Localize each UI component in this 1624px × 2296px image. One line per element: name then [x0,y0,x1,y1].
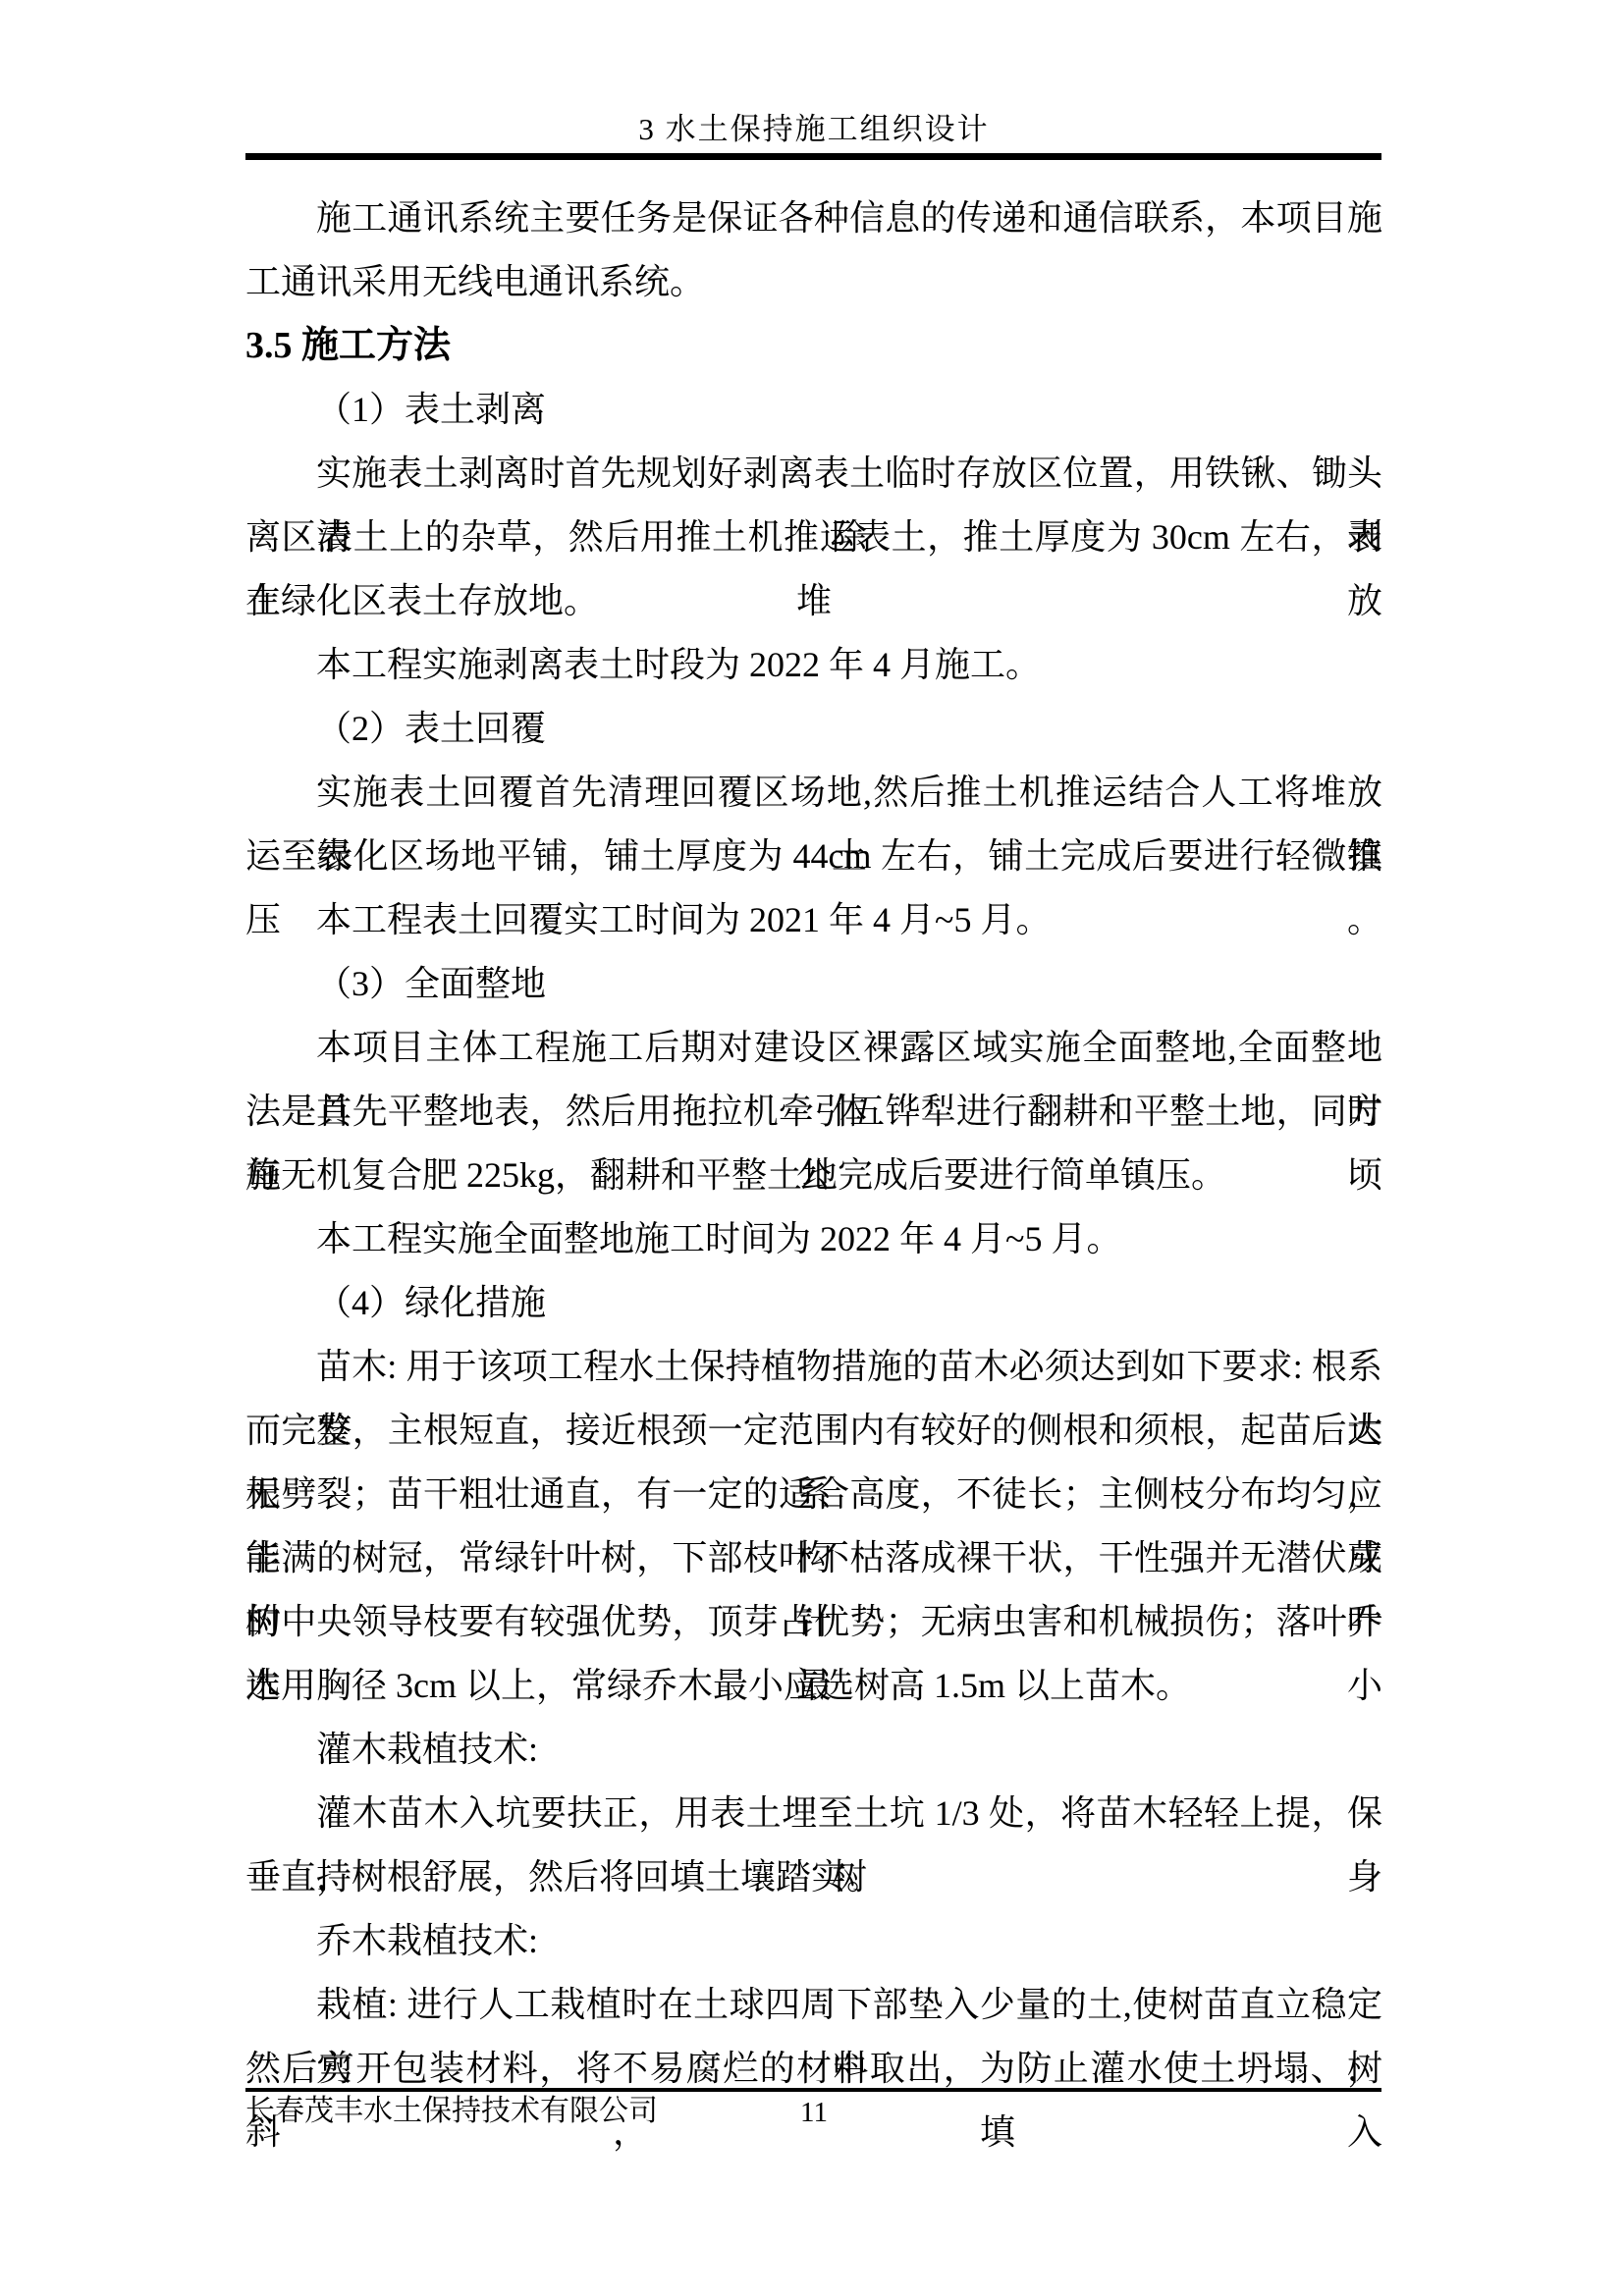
document-page: 3 水土保持施工组织设计 施工通讯系统主要任务是保证各种信息的传递和通信联系，本… [0,0,1624,2296]
body-line: 灌木苗木入坑要扶正，用表土埋至土坑 1/3 处，将苗木轻轻上提，保持树身 [245,1782,1382,1845]
document-body: 施工通讯系统主要任务是保证各种信息的传递和通信联系，本项目施工通讯采用无线电通讯… [245,187,1382,2101]
body-line: 而完整，主根短直，接近根颈一定范围内有较好的侧根和须根，起苗后大根系应 [245,1399,1382,1463]
body-line: 无劈裂；苗干粗壮通直，有一定的适合高度，不徒长；主侧枝分布均匀，能构成 [245,1463,1382,1526]
body-line: 施工通讯系统主要任务是保证各种信息的传递和通信联系，本项目施 [245,187,1382,250]
body-line: 本项目主体工程施工后期对建设区裸露区域实施全面整地,全面整地具体方 [245,1016,1382,1080]
body-line: 乔木栽植技术: [245,1909,1382,1973]
body-line: 实施表土剥离时首先规划好剥离表土临时存放区位置，用铁锹、锄头清除剥 [245,442,1382,506]
body-line: （1）表土剥离 [245,378,1382,442]
page-number: 11 [245,2095,1382,2130]
body-line: （3）全面整地 [245,952,1382,1016]
body-line: 工通讯采用无线电通讯系统。 [245,250,1382,314]
body-line: 实施表土回覆首先清理回覆区场地,然后推土机推运结合人工将堆放表土推 [245,761,1382,825]
page-header-title: 3 水土保持施工组织设计 [245,110,1382,149]
body-line: 丰满的树冠，常绿针叶树，下部枝叶不枯落成裸干状，干性强并无潜伏芽的针叶 [245,1526,1382,1590]
body-line: 施无机复合肥 225kg，翻耕和平整土地完成后要进行简单镇压。 [245,1144,1382,1207]
body-line: 运至绿化区场地平铺，铺土厚度为 44cm 左右，铺土完成后要进行轻微镇压。 [245,825,1382,888]
header-rule [245,153,1381,160]
body-line: （4）绿化措施 [245,1271,1382,1335]
footer-rule [245,2088,1381,2092]
body-line: 苗木: 用于该项工程水土保持植物措施的苗木必须达到如下要求: 根系发达 [245,1335,1382,1399]
body-line: 本工程实施剥离表土时段为 2022 年 4 月施工。 [245,633,1382,697]
body-line: 栽植: 进行人工栽植时在土球四周下部垫入少量的土,使树苗直立稳定穴中， [245,1973,1382,2037]
body-line: 树中央领导枝要有较强优势，顶芽占优势；无病虫害和机械损伤；落叶乔木最小 [245,1590,1382,1654]
body-line: 3.5 施工方法 [245,314,1382,378]
body-line: 离区表土上的杂草，然后用推土机推运表土，推土厚度为 30cm 左右，表土堆放 [245,506,1382,569]
body-line: 法是首先平整地表，然后用拖拉机牵引五铧犁进行翻耕和平整土地，同时每公顷 [245,1080,1382,1144]
body-line: 灌木栽植技术: [245,1718,1382,1782]
body-line: （2）表土回覆 [245,697,1382,761]
body-line: 本工程实施全面整地施工时间为 2022 年 4 月~5 月。 [245,1207,1382,1271]
